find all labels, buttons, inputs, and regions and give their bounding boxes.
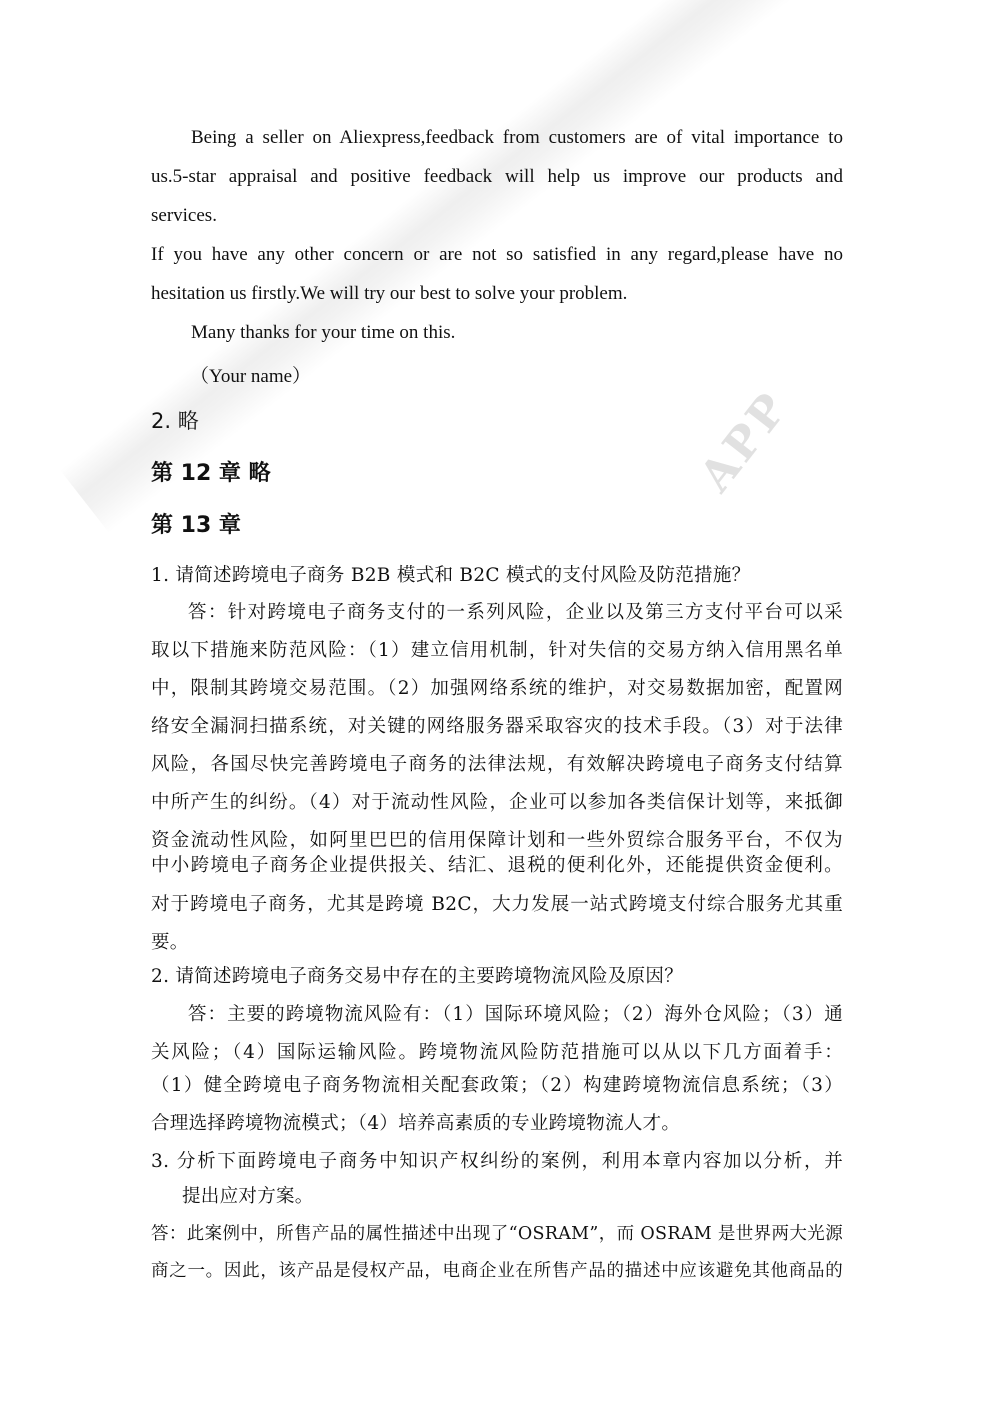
chapter-13-heading: 第 13 章 — [151, 508, 843, 539]
letter-line: Being a seller on Aliexpress,feedback fr… — [151, 127, 843, 153]
answer-line: 取以下措施来防范风险：（1）建立信用机制，针对失信的交易方纳入信用黑名单 — [151, 636, 843, 662]
item-2-label: 2. 略 — [151, 405, 843, 435]
answer-line: 风险，各国尽快完善跨境电子商务的法律法规，有效解决跨境电子商务支付结算 — [151, 750, 843, 776]
answer-line: 答：此案例中，所售产品的属性描述中出现了“OSRAM”，而 OSRAM 是世界两… — [151, 1220, 843, 1246]
letter-line: Many thanks for your time on this. — [191, 322, 883, 344]
answer-line: 商之一。因此，该产品是侵权产品，电商企业在所售产品的描述中应该避免其他商品的 — [151, 1257, 843, 1283]
letter-line: services. — [151, 205, 843, 227]
answer-line: 中，限制其跨境交易范围。（2）加强网络系统的维护，对交易数据加密，配置网 — [151, 674, 843, 700]
question-2: 2. 请简述跨境电子商务交易中存在的主要跨境物流风险及原因？ — [151, 962, 843, 988]
answer-line: 答：主要的跨境物流风险有：（1）国际环境风险；（2）海外仓风险；（3）通 — [188, 1000, 843, 1026]
question-1: 1. 请简述跨境电子商务 B2B 模式和 B2C 模式的支付风险及防范措施？ — [151, 561, 843, 587]
answer-line: 合理选择跨境物流模式；（4）培养高素质的专业跨境物流人才。 — [151, 1109, 843, 1135]
answer-line: 中所产生的纠纷。（4）对于流动性风险，企业可以参加各类信保计划等，来抵御 — [151, 788, 843, 814]
letter-line: If you have any other concern or are not… — [151, 244, 843, 270]
question-3-continuation: 提出应对方案。 — [182, 1182, 874, 1208]
answer-line: 要。 — [151, 928, 843, 954]
answer-line: 关风险；（4）国际运输风险。跨境物流风险防范措施可以从以下几方面着手： — [151, 1038, 843, 1064]
answer-line: 资金流动性风险，如阿里巴巴的信用保障计划和一些外贸综合服务平台，不仅为 — [151, 826, 843, 852]
answer-line: 对于跨境电子商务，尤其是跨境 B2C，大力发展一站式跨境支付综合服务尤其重 — [151, 890, 843, 916]
answer-line: （1）健全跨境电子商务物流相关配套政策；（2）构建跨境物流信息系统；（3） — [151, 1071, 843, 1097]
answer-line: 答：针对跨境电子商务支付的一系列风险，企业以及第三方支付平台可以采 — [188, 598, 843, 624]
letter-line: us.5-star appraisal and positive feedbac… — [151, 166, 843, 192]
question-3: 3. 分析下面跨境电子商务中知识产权纠纷的案例，利用本章内容加以分析，并 — [151, 1147, 843, 1173]
chapter-12-heading: 第 12 章 略 — [151, 456, 843, 487]
document-page: APP Being a seller on Aliexpress,feedbac… — [0, 0, 993, 1404]
answer-line: 中小跨境电子商务企业提供报关、结汇、退税的便利化外，还能提供资金便利。 — [151, 851, 843, 877]
answer-line: 络安全漏洞扫描系统，对关键的网络服务器采取容灾的技术手段。（3）对于法律 — [151, 712, 843, 738]
letter-line: hesitation us firstly.We will try our be… — [151, 283, 843, 305]
letter-signature: （Your name） — [190, 361, 882, 388]
